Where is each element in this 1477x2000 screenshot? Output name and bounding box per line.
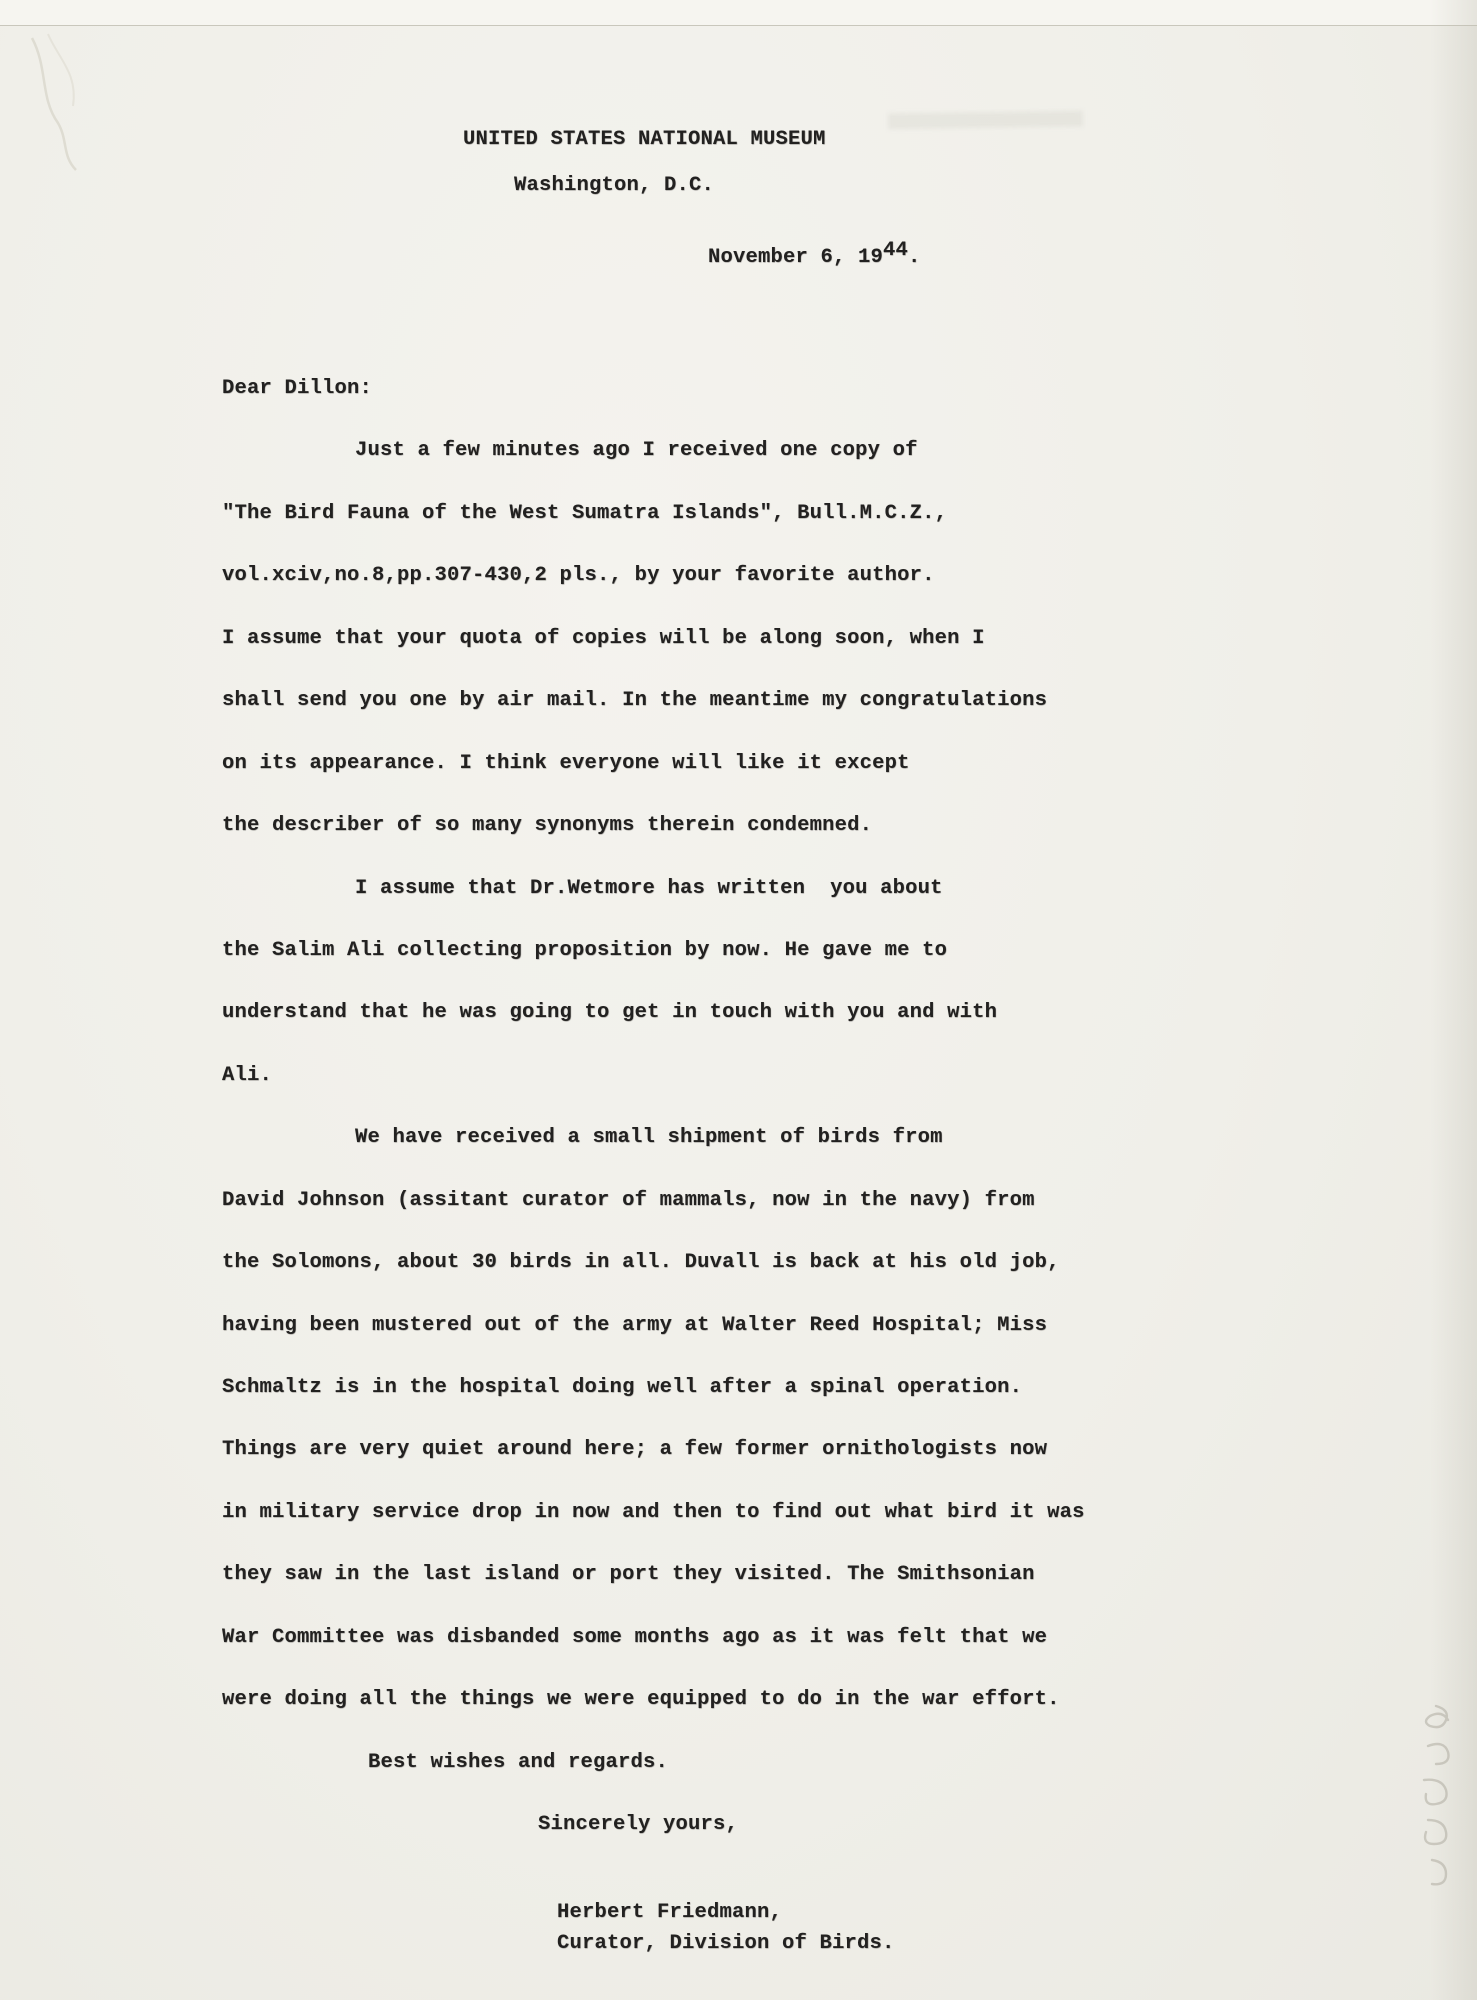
signature-name: Herbert Friedmann, — [557, 1897, 895, 1928]
letter-line: Things are very quiet around here; a few… — [0, 1438, 1477, 1500]
letter-line: David Johnson (assitant curator of mamma… — [0, 1189, 1477, 1251]
closing-regards: Best wishes and regards. — [0, 1751, 1477, 1813]
letter-line: I assume that your quota of copies will … — [0, 627, 1477, 689]
scan-edge-strip — [0, 0, 1477, 26]
scanned-letter-page: { "page": { "paper_color": "#f0efe9", "i… — [0, 0, 1477, 2000]
date-main: November 6, 19 — [708, 246, 883, 269]
letter-line: the Solomons, about 30 birds in all. Duv… — [0, 1251, 1477, 1313]
letter-line: shall send you one by air mail. In the m… — [0, 689, 1477, 751]
letter-line: Ali. — [0, 1064, 1477, 1126]
closing-sincerely: Sincerely yours, — [0, 1813, 1477, 1875]
letter-line: Schmaltz is in the hospital doing well a… — [0, 1376, 1477, 1438]
letter-line: "The Bird Fauna of the West Sumatra Isla… — [0, 502, 1477, 564]
letter-line: they saw in the last island or port they… — [0, 1563, 1477, 1625]
letter-line: the describer of so many synonyms therei… — [0, 814, 1477, 876]
date-period: . — [908, 246, 921, 269]
letter-line: were doing all the things we were equipp… — [0, 1688, 1477, 1750]
letter-line: in military service drop in now and then… — [0, 1501, 1477, 1563]
signature-title: Curator, Division of Birds. — [557, 1928, 895, 1959]
date-raised-digits: 44 — [883, 239, 908, 262]
letter-line: on its appearance. I think everyone will… — [0, 752, 1477, 814]
paper-crease-band — [888, 111, 1083, 130]
letter-line: I assume that Dr.Wetmore has written you… — [0, 877, 1477, 939]
letter-line: having been mustered out of the army at … — [0, 1314, 1477, 1376]
letter-body: Dear Dillon: Just a few minutes ago I re… — [0, 377, 1477, 1876]
date-line: November 6, 1944. — [708, 246, 921, 269]
letter-line: the Salim Ali collecting proposition by … — [0, 939, 1477, 1001]
letter-line: vol.xciv,no.8,pp.307-430,2 pls., by your… — [0, 564, 1477, 626]
paper-crease-mark — [18, 28, 148, 178]
letter-line: understand that he was going to get in t… — [0, 1001, 1477, 1063]
signature-block: Herbert Friedmann, Curator, Division of … — [557, 1897, 895, 1959]
salutation: Dear Dillon: — [0, 377, 1477, 439]
letterhead-city: Washington, D.C. — [514, 174, 714, 197]
letter-line: War Committee was disbanded some months … — [0, 1626, 1477, 1688]
letter-line: We have received a small shipment of bir… — [0, 1126, 1477, 1188]
letter-line: Just a few minutes ago I received one co… — [0, 439, 1477, 501]
letterhead-institution: UNITED STATES NATIONAL MUSEUM — [463, 128, 826, 151]
